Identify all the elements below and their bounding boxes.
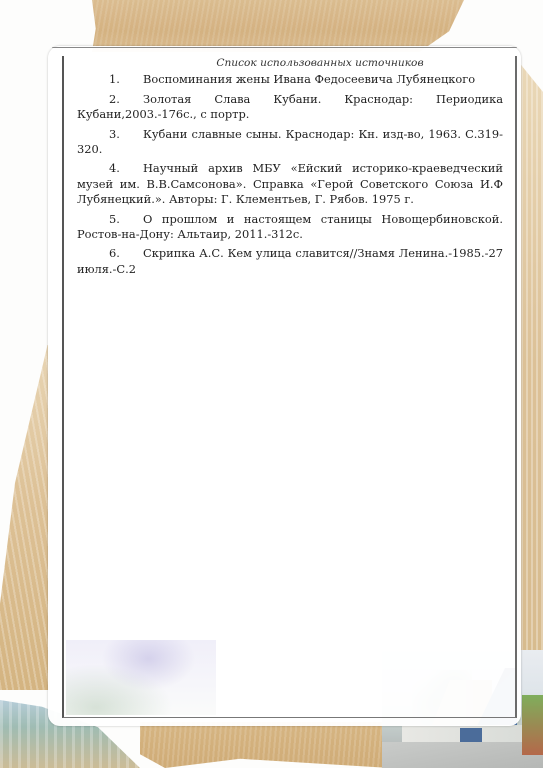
frame-top-border (52, 47, 517, 48)
painted-door (460, 728, 482, 742)
page-title: Список использованных источников (77, 56, 503, 71)
torn-paper-top-decoration (92, 0, 464, 52)
list-item: 1.Воспоминания жены Ивана Федосеевича Лу… (77, 72, 503, 87)
reference-number: 2. (109, 92, 143, 107)
list-item: 6.Скрипка А.С. Кем улица славится//Знамя… (77, 246, 503, 277)
reference-number: 3. (109, 127, 143, 142)
list-item: 2.Золотая Слава Кубани. Краснодар: Перио… (77, 92, 503, 123)
reference-number: 5. (109, 212, 143, 227)
reference-number: 1. (109, 72, 143, 87)
list-item: 4.Научный архив МБУ «Ейский историко-кра… (77, 161, 503, 207)
reference-number: 4. (109, 161, 143, 176)
reference-list: 1.Воспоминания жены Ивана Федосеевича Лу… (77, 72, 503, 277)
torn-paper-bottom-decoration (140, 722, 390, 768)
reference-number: 6. (109, 246, 143, 261)
reference-document: Список использованных источников 1.Воспо… (77, 56, 503, 281)
painted-road (382, 742, 543, 768)
reference-text: Воспоминания жены Ивана Федосеевича Лубя… (143, 72, 475, 86)
list-item: 3.Кубани славные сыны. Краснодар: Кн. из… (77, 127, 503, 158)
painted-grass (522, 695, 543, 755)
list-item: 5.О прошлом и настоящем станицы Новощерб… (77, 212, 503, 243)
torn-paper-left-decoration (0, 345, 50, 690)
